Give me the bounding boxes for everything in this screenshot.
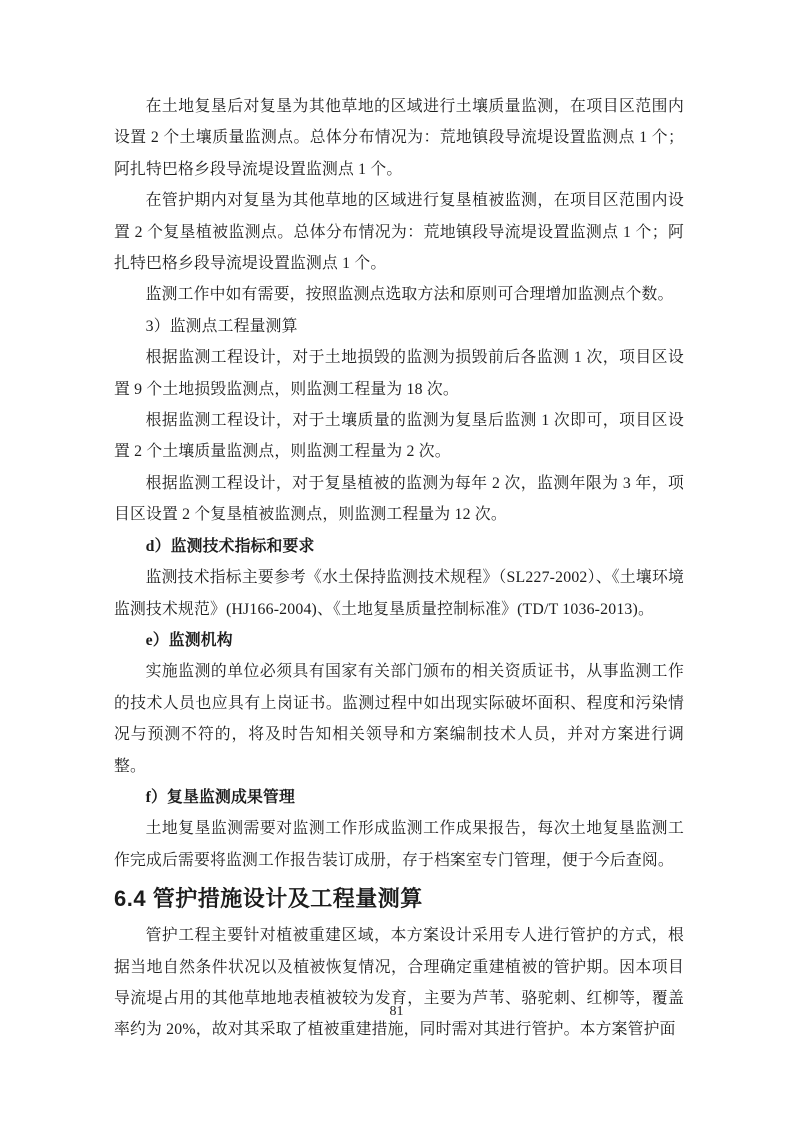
paragraph-management-protection: 管护工程主要针对植被重建区域，本方案设计采用专人进行管护的方式，根据当地自然条件…	[114, 920, 684, 1046]
list-item-3-monitoring-quantity: 3）监测点工程量测算	[114, 311, 684, 342]
paragraph-soil-quality-monitoring-qty: 根据监测工程设计，对于土壤质量的监测为复垦后监测 1 次即可，项目区设置 2 个…	[114, 405, 684, 468]
section-heading-6-4: 6.4 管护措施设计及工程量测算	[114, 881, 684, 917]
paragraph-agency-qualifications: 实施监测的单位必须具有国家有关部门颁布的相关资质证书，从事监测工作的技术人员也应…	[114, 656, 684, 782]
paragraph-soil-quality-monitoring: 在土地复垦后对复垦为其他草地的区域进行土壤质量监测，在项目区范围内设置 2 个土…	[114, 91, 684, 185]
subheading-f-results-management: f）复垦监测成果管理	[114, 782, 684, 813]
page-number: 81	[0, 1002, 793, 1022]
paragraph-land-damage-monitoring-qty: 根据监测工程设计，对于土地损毁的监测为损毁前后各监测 1 次，项目区设置 9 个…	[114, 342, 684, 405]
paragraph-vegetation-monitoring-qty: 根据监测工程设计，对于复垦植被的监测为每年 2 次，监测年限为 3 年，项目区设…	[114, 468, 684, 531]
paragraph-monitoring-point-adjustment: 监测工作中如有需要，按照监测点选取方法和原则可合理增加监测点个数。	[114, 279, 684, 310]
paragraph-vegetation-monitoring: 在管护期内对复垦为其他草地的区域进行复垦植被监测，在项目区范围内设置 2 个复垦…	[114, 185, 684, 279]
paragraph-results-reporting: 土地复垦监测需要对监测工作形成监测工作成果报告，每次土地复垦监测工作完成后需要将…	[114, 813, 684, 876]
subheading-d-technical-indicators: d）监测技术指标和要求	[114, 531, 684, 562]
subheading-e-monitoring-agency: e）监测机构	[114, 625, 684, 656]
document-page: 在土地复垦后对复垦为其他草地的区域进行土壤质量监测，在项目区范围内设置 2 个土…	[0, 0, 793, 1122]
paragraph-technical-standards: 监测技术指标主要参考《水土保持监测技术规程》（SL227-2002）、《土壤环境…	[114, 562, 684, 625]
document-body: 在土地复垦后对复垦为其他草地的区域进行土壤质量监测，在项目区范围内设置 2 个土…	[114, 91, 684, 1046]
